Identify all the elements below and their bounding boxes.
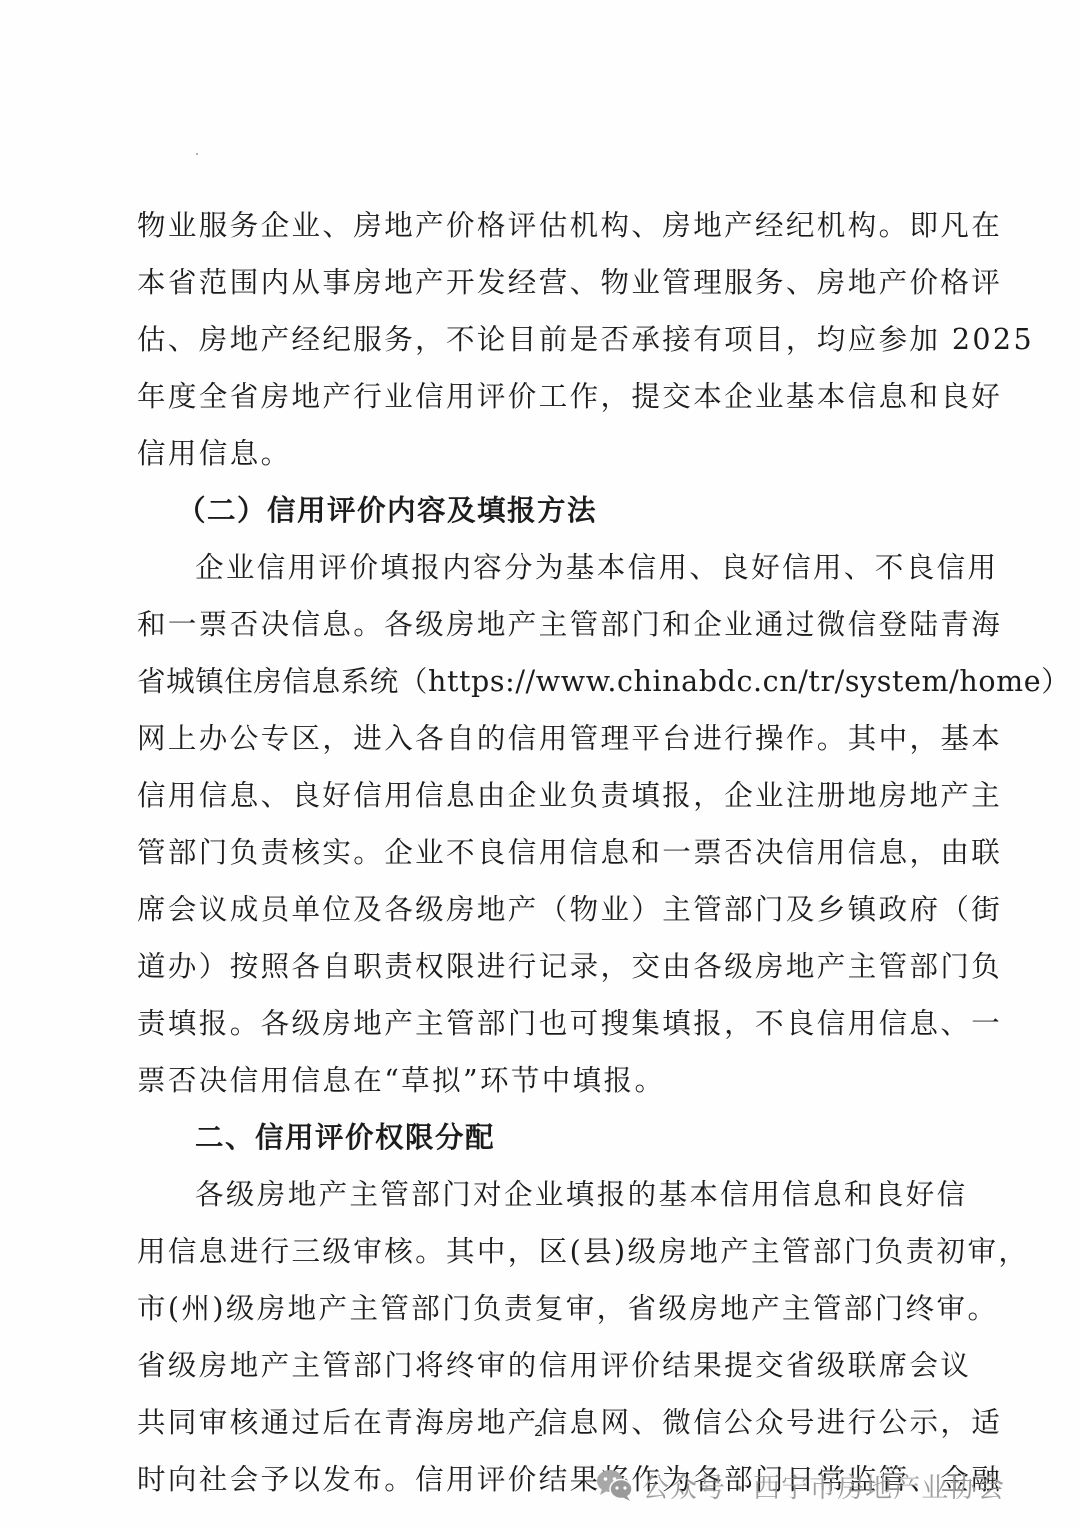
paragraph-line: 信用信息、良好信用信息由企业负责填报，企业注册地房地产主	[137, 768, 943, 824]
scan-speck	[196, 153, 198, 155]
paragraph-line: 管部门负责核实。企业不良信用信息和一票否决信用信息，由联	[137, 825, 943, 881]
paragraph-line: 各级房地产主管部门对企业填报的基本信用信息和良好信	[137, 1167, 943, 1223]
paragraph-line: 市(州)级房地产主管部门负责复审，省级房地产主管部门终审。	[137, 1281, 943, 1337]
watermark-prefix: 公众号 ·	[642, 1466, 745, 1505]
paragraph-line: 省级房地产主管部门将终审的信用评价结果提交省级联席会议	[137, 1338, 943, 1394]
watermark-account-name: 西宁市房地产业协会	[753, 1466, 1005, 1505]
paragraph-line: 用信息进行三级审核。其中，区(县)级房地产主管部门负责初审，	[137, 1224, 943, 1280]
part-heading: 二、信用评价权限分配	[137, 1110, 943, 1166]
paragraph-line: 物业服务企业、房地产价格评估机构、房地产经纪机构。即凡在	[137, 198, 943, 254]
paragraph-line: 估、房地产经纪服务，不论目前是否承接有项目，均应参加 2025	[137, 312, 943, 368]
paragraph-line: 企业信用评价填报内容分为基本信用、良好信用、不良信用	[137, 540, 943, 596]
paragraph-line: 信用信息。	[137, 426, 943, 482]
paragraph-line: 票否决信用信息在“草拟”环节中填报。	[137, 1053, 943, 1109]
paragraph-line: 本省范围内从事房地产开发经营、物业管理服务、房地产价格评	[137, 255, 943, 311]
paragraph-line: 责填报。各级房地产主管部门也可搜集填报，不良信用信息、一	[137, 996, 943, 1052]
paragraph-line: 年度全省房地产行业信用评价工作，提交本企业基本信息和良好	[137, 369, 943, 425]
wechat-icon	[596, 1468, 634, 1502]
paragraph-line: 网上办公专区，进入各自的信用管理平台进行操作。其中，基本	[137, 711, 943, 767]
paragraph-line-url: 省城镇住房信息系统（https://www.chinabdc.cn/tr/sys…	[137, 654, 943, 710]
paragraph-line: 道办）按照各自职责权限进行记录，交由各级房地产主管部门负	[137, 939, 943, 995]
paragraph-line: 席会议成员单位及各级房地产（物业）主管部门及乡镇政府（街	[137, 882, 943, 938]
wechat-watermark: 公众号 · 西宁市房地产业协会	[596, 1465, 1005, 1505]
paragraph-line: 和一票否决信息。各级房地产主管部门和企业通过微信登陆青海	[137, 597, 943, 653]
section-heading: （二）信用评价内容及填报方法	[137, 483, 925, 539]
page-number: 2	[534, 1422, 544, 1440]
document-page: 物业服务企业、房地产价格评估机构、房地产经纪机构。即凡在 本省范围内从事房地产开…	[0, 0, 1080, 1527]
